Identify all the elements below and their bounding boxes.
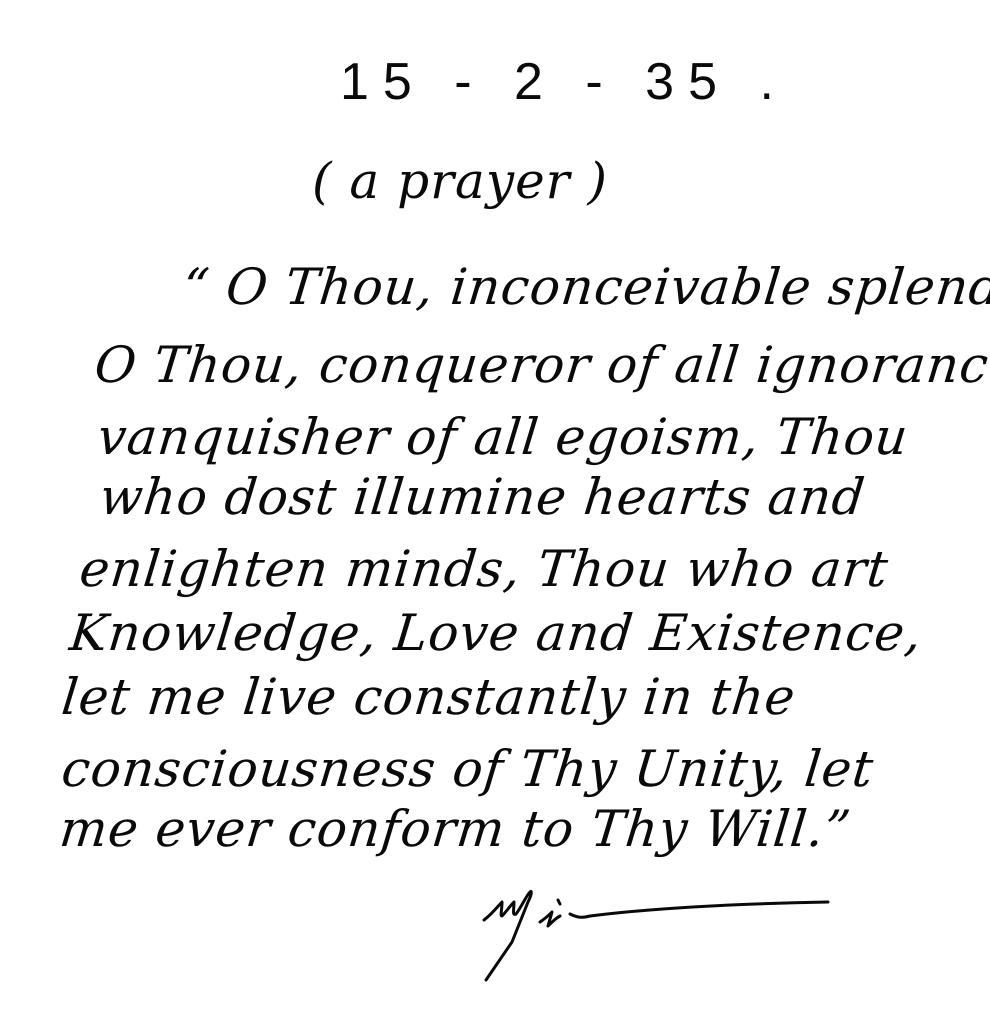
prayer-line: consciousness of Thy Unity, let [59,740,877,798]
prayer-line: who dost illumine hearts and [97,468,868,526]
handwritten-page: 15 - 2 - 35 . ( a prayer ) “ O Thou, inc… [0,0,990,1034]
prayer-line: me ever conform to Thy Will.” [57,800,854,858]
subtitle: ( a prayer ) [312,152,608,210]
prayer-line: O Thou, conqueror of all ignorance, [92,336,990,394]
prayer-line: vanquisher of all egoism, Thou [95,408,911,466]
prayer-line: let me live constantly in the [59,668,799,726]
date-heading: 15 - 2 - 35 . [340,52,788,112]
prayer-line: enlighten minds, Thou who art [77,540,891,598]
signature-mark [478,872,838,982]
prayer-line: “ O Thou, inconceivable splendour, [180,258,990,316]
prayer-line: Knowledge, Love and Existence, [67,604,925,662]
